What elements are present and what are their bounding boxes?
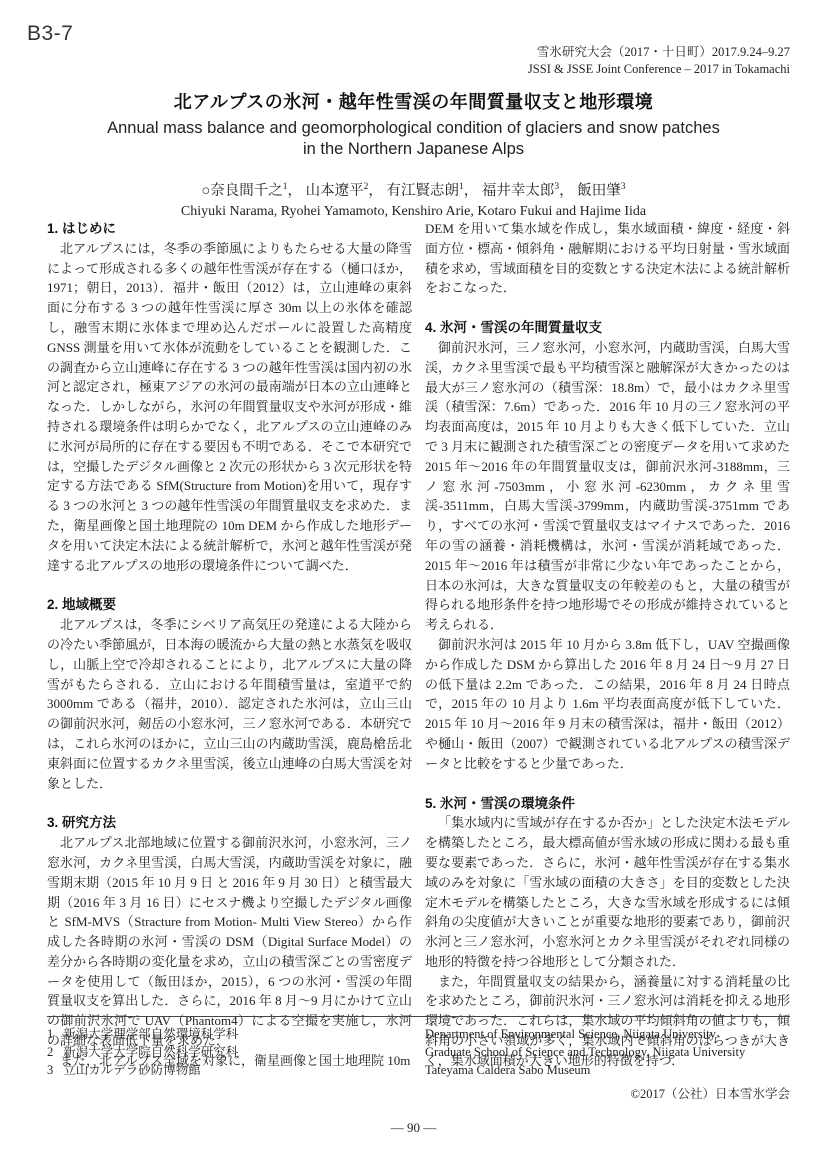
affiliation-jp-row: 2 新潟大学大学院自然科学研究科 bbox=[47, 1043, 407, 1061]
affiliation-number: 1 bbox=[47, 1025, 53, 1043]
affiliation-jp-row: 3 立山カルデラ砂防博物館 bbox=[47, 1061, 407, 1079]
affiliation-en-row: Graduate School of Science and Technolog… bbox=[425, 1043, 790, 1061]
section-4-heading: 4. 氷河・雪渓の年間質量収支 bbox=[425, 318, 790, 338]
section-5-heading: 5. 氷河・雪渓の環境条件 bbox=[425, 794, 790, 814]
section-4-paragraph-1: 御前沢氷河，三ノ窓氷河，小窓氷河，内蔵助雪渓，白馬大雪渓，カクネ里雪渓で最も平均… bbox=[425, 338, 790, 635]
authors-en: Chiyuki Narama, Ryohei Yamamoto, Kenshir… bbox=[0, 204, 827, 220]
affiliation-text: 立山カルデラ砂防博物館 bbox=[63, 1061, 201, 1079]
section-1-paragraph: 北アルプスには，冬季の季節風によりもたらせる大量の降雪によって形成される多くの越… bbox=[47, 239, 412, 576]
paper-id: B3-7 bbox=[27, 22, 73, 46]
footnote-divider bbox=[47, 1016, 790, 1017]
author-jp: 山本遼平2， bbox=[306, 183, 383, 199]
paper-title-jp: 北アルプスの氷河・越年性雪渓の年間質量収支と地形環境 bbox=[0, 88, 827, 114]
paper-title-en-line1: Annual mass balance and geomorphological… bbox=[0, 118, 827, 139]
affiliations-en: Department of Environmental Science, Nii… bbox=[425, 1025, 790, 1079]
author-jp: 有江賢志朗1， bbox=[387, 183, 479, 199]
affiliation-number: 3 bbox=[47, 1061, 53, 1079]
right-column: DEM を用いて集水域を作成し，集水域面積・緯度・経度・斜面方位・標高・傾斜角・… bbox=[425, 219, 790, 1071]
title-block: 北アルプスの氷河・越年性雪渓の年間質量収支と地形環境 Annual mass b… bbox=[0, 88, 827, 220]
affiliation-text: 新潟大学大学院自然科学研究科 bbox=[63, 1043, 238, 1061]
affiliations-jp: 1 新潟大学理学部自然環境科学科 2 新潟大学大学院自然科学研究科 3 立山カル… bbox=[47, 1025, 407, 1079]
page-number: — 90 — bbox=[0, 1120, 827, 1136]
conference-header: 雪氷研究大会（2017・十日町）2017.9.24–9.27 JSSI & JS… bbox=[528, 44, 790, 78]
section-2-paragraph: 北アルプスは，冬季にシベリア高気圧の発達による大陸からの冷たい季節風が，日本海の… bbox=[47, 615, 412, 793]
section-3-paragraph-1: 北アルプス北部地域に位置する御前沢氷河，小窓氷河，三ノ窓氷河，カクネ里雪渓，白馬… bbox=[47, 833, 412, 1051]
affiliation-en-row: Department of Environmental Science, Nii… bbox=[425, 1025, 790, 1043]
author-affiliation-sup: 3 bbox=[621, 182, 626, 192]
section-3-continuation-paragraph: DEM を用いて集水域を作成し，集水域面積・緯度・経度・斜面方位・標高・傾斜角・… bbox=[425, 219, 790, 298]
affiliation-text: 新潟大学理学部自然環境科学科 bbox=[63, 1025, 238, 1043]
paper-page: B3-7 雪氷研究大会（2017・十日町）2017.9.24–9.27 JSSI… bbox=[0, 0, 827, 1170]
left-column: 1. はじめに 北アルプスには，冬季の季節風によりもたらせる大量の降雪によって形… bbox=[47, 219, 412, 1071]
affiliation-number: 2 bbox=[47, 1043, 53, 1061]
paper-title-en: Annual mass balance and geomorphological… bbox=[0, 118, 827, 160]
section-5-paragraph-1: 「集水域内に雪域が存在するか否か」とした決定木法モデルを構築したところ，最大標高… bbox=[425, 813, 790, 971]
section-2-heading: 2. 地域概要 bbox=[47, 595, 412, 615]
author-jp: 飯田肇3 bbox=[577, 183, 625, 199]
author-jp: 福井幸太郎3， bbox=[482, 183, 574, 199]
conference-name-en: JSSI & JSSE Joint Conference – 2017 in T… bbox=[528, 61, 790, 78]
section-4-paragraph-2: 御前沢氷河は 2015 年 10 月から 3.8m 低下し，UAV 空撮画像から… bbox=[425, 635, 790, 774]
copyright-notice: ©2017（公社）日本雪氷学会 bbox=[631, 1084, 791, 1102]
affiliation-en-row: Tateyama Caldera Sabo Museum bbox=[425, 1061, 790, 1079]
conference-name-jp: 雪氷研究大会（2017・十日町）2017.9.24–9.27 bbox=[528, 44, 790, 61]
affiliation-jp-row: 1 新潟大学理学部自然環境科学科 bbox=[47, 1025, 407, 1043]
body-columns: 1. はじめに 北アルプスには，冬季の季節風によりもたらせる大量の降雪によって形… bbox=[47, 219, 790, 1071]
authors-jp: ○奈良間千之1， 山本遼平2， 有江賢志朗1， 福井幸太郎3， 飯田肇3 bbox=[0, 179, 827, 200]
section-1-heading: 1. はじめに bbox=[47, 219, 412, 239]
paper-title-en-line2: in the Northern Japanese Alps bbox=[0, 139, 827, 160]
section-3-heading: 3. 研究方法 bbox=[47, 813, 412, 833]
author-jp: ○奈良間千之1， bbox=[201, 183, 302, 199]
